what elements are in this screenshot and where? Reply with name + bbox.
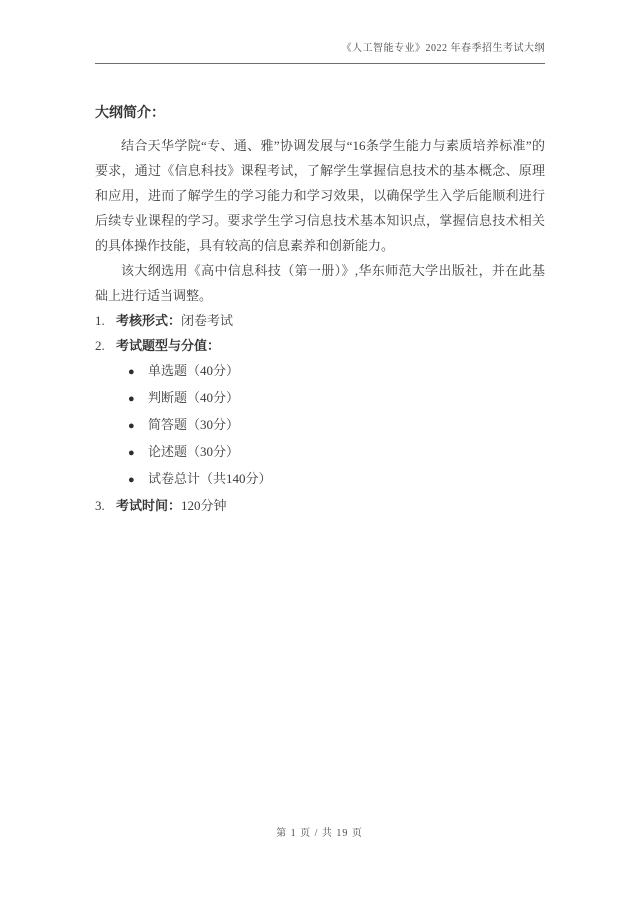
item-label: 考试时间：	[116, 493, 181, 518]
item-number: 3.	[95, 493, 116, 518]
bullet-item-single-choice: ● 单选题（40分）	[95, 358, 545, 385]
bullet-icon: ●	[128, 441, 148, 466]
item-label: 考试题型与分值：	[116, 333, 220, 358]
bullet-text: 判断题（40分）	[148, 385, 239, 410]
bullet-item-true-false: ● 判断题（40分）	[95, 385, 545, 412]
item-number: 2.	[95, 333, 116, 358]
bullet-item-essay: ● 论述题（30分）	[95, 439, 545, 466]
bullet-icon: ●	[128, 360, 148, 385]
bullet-icon: ●	[128, 387, 148, 412]
bullet-text: 单选题（40分）	[148, 358, 239, 383]
bullet-text: 试卷总计（共140分）	[148, 466, 272, 491]
paragraph-textbook: 该大纲选用《高中信息科技（第一册）》,华东师范大学出版社，并在此基础上进行适当调…	[95, 258, 545, 308]
item-value: 120分钟	[181, 493, 227, 518]
bullet-icon: ●	[128, 414, 148, 439]
bullet-text: 论述题（30分）	[148, 439, 239, 464]
document-content: 大纲简介： 结合天华学院“专、通、雅”协调发展与“16条学生能力与素质培养标准”…	[95, 101, 545, 518]
page-number: 第 1 页 / 共 19 页	[276, 828, 363, 839]
page-footer: 第 1 页 / 共 19 页	[0, 826, 639, 842]
numbered-item-exam-format: 1. 考核形式： 闭卷考试	[95, 308, 545, 333]
document-page: 《人工智能专业》2022 年春季招生考试大纲 大纲简介： 结合天华学院“专、通、…	[0, 0, 639, 905]
bullet-icon: ●	[128, 468, 148, 493]
bullet-item-short-answer: ● 简答题（30分）	[95, 412, 545, 439]
header-title: 《人工智能专业》2022 年春季招生考试大纲	[342, 43, 546, 54]
page-header: 《人工智能专业》2022 年春季招生考试大纲	[95, 40, 545, 64]
item-label: 考核形式：	[116, 308, 181, 333]
numbered-item-exam-duration: 3. 考试时间： 120分钟	[95, 493, 545, 518]
bullet-item-total: ● 试卷总计（共140分）	[95, 466, 545, 493]
section-title: 大纲简介：	[95, 101, 545, 127]
numbered-item-question-types: 2. 考试题型与分值：	[95, 333, 545, 358]
paragraph-intro: 结合天华学院“专、通、雅”协调发展与“16条学生能力与素质培养标准”的要求，通过…	[95, 133, 545, 258]
item-value: 闭卷考试	[181, 308, 233, 333]
bullet-text: 简答题（30分）	[148, 412, 239, 437]
item-number: 1.	[95, 308, 116, 333]
